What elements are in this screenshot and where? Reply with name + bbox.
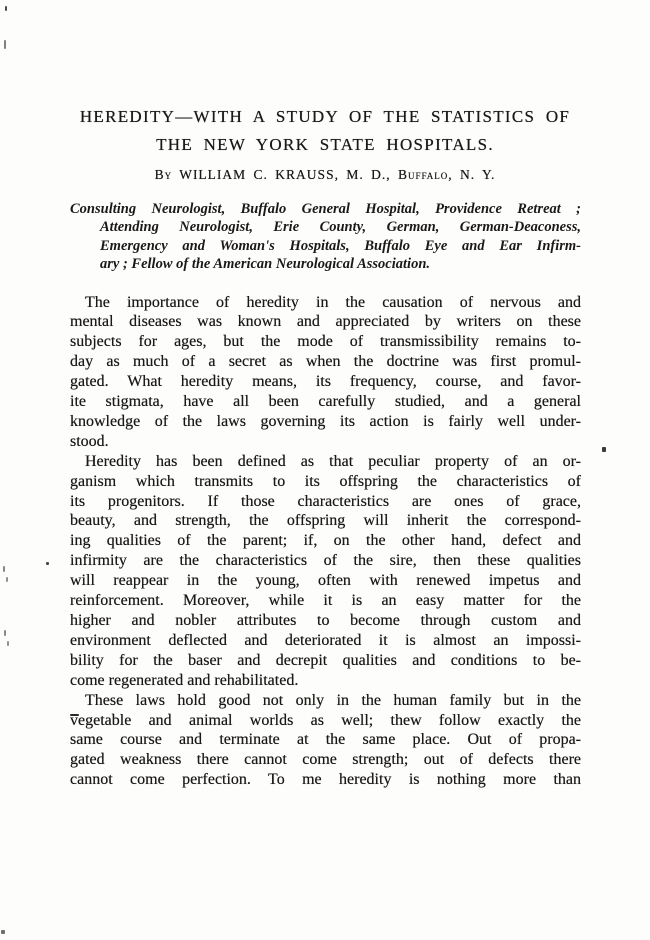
body-line: The importance of heredity in the causat… xyxy=(70,293,581,313)
body-line: reinforcement. Moreover, while it is an … xyxy=(70,591,581,611)
scan-speckle xyxy=(7,641,9,646)
article-title: HEREDITY—WITH A STUDY OF THE STATISTICS … xyxy=(0,103,650,159)
paragraph-3: These laws hold good not only in the hum… xyxy=(70,691,581,791)
body-line: stood. xyxy=(70,432,581,452)
credentials-line: ary ; Fellow of the American Neurologica… xyxy=(100,255,581,273)
scan-speckle xyxy=(602,447,606,452)
body-line: knowledge of the laws governing its acti… xyxy=(70,412,581,432)
article-body: The importance of heredity in the causat… xyxy=(70,293,581,791)
title-line-1: HEREDITY—WITH A STUDY OF THE STATISTICS … xyxy=(0,103,650,131)
body-line: mental diseases was known and appreciate… xyxy=(70,312,581,332)
body-line: subjects for ages, but the mode of trans… xyxy=(70,332,581,352)
body-line: higher and nobler attributes to become t… xyxy=(70,611,581,631)
title-line-2: THE NEW YORK STATE HOSPITALS. xyxy=(0,131,650,159)
author-credentials: Consulting Neurologist, Buffalo General … xyxy=(70,200,581,274)
body-line: vegetable and animal worlds as well; the… xyxy=(70,711,581,731)
body-line: ganism which transmits to its offspring … xyxy=(70,472,581,492)
credentials-line: Consulting Neurologist, Buffalo General … xyxy=(70,200,581,218)
body-line: ite stigmata, have all been carefully st… xyxy=(70,392,581,412)
scan-speckle xyxy=(3,566,5,572)
scan-speckle xyxy=(6,577,8,582)
body-line: gated weakness there cannot come strengt… xyxy=(70,750,581,770)
credentials-line: Attending Neurologist, Erie County, Germ… xyxy=(100,218,581,236)
scan-speckle xyxy=(4,40,6,49)
body-line: beauty, and strength, the offspring will… xyxy=(70,511,581,531)
body-line: infirmity are the characteristics of the… xyxy=(70,551,581,571)
scan-speckle xyxy=(70,714,79,716)
byline: By WILLIAM C. KRAUSS, M. D., Buffalo, N.… xyxy=(0,167,650,183)
body-line: ing qualities of the parent; if, on the … xyxy=(70,531,581,551)
document-page: HEREDITY—WITH A STUDY OF THE STATISTICS … xyxy=(0,0,650,940)
body-line: Heredity has been defined as that peculi… xyxy=(70,452,581,472)
body-line: its progenitors. If those characteristic… xyxy=(70,492,581,512)
scan-speckle xyxy=(46,562,49,565)
paragraph-1: The importance of heredity in the causat… xyxy=(70,293,581,452)
body-line: same course and terminate at the same pl… xyxy=(70,730,581,750)
body-line: day as much of a secret as when the doct… xyxy=(70,352,581,372)
body-line: bility for the baser and decrepit qualit… xyxy=(70,651,581,671)
paragraph-2: Heredity has been defined as that peculi… xyxy=(70,452,581,691)
body-line: These laws hold good not only in the hum… xyxy=(70,691,581,711)
body-line: gated. What heredity means, its frequenc… xyxy=(70,372,581,392)
body-line: cannot come perfection. To me heredity i… xyxy=(70,770,581,790)
body-line: environment deflected and deteriorated i… xyxy=(70,631,581,651)
scan-speckle xyxy=(5,6,7,11)
credentials-line: Emergency and Woman's Hospitals, Buffalo… xyxy=(100,237,581,255)
body-line: will reappear in the young, often with r… xyxy=(70,571,581,591)
scan-speckle xyxy=(4,630,6,636)
body-line: come regenerated and rehabilitated. xyxy=(70,671,581,691)
scan-speckle xyxy=(1,930,5,934)
